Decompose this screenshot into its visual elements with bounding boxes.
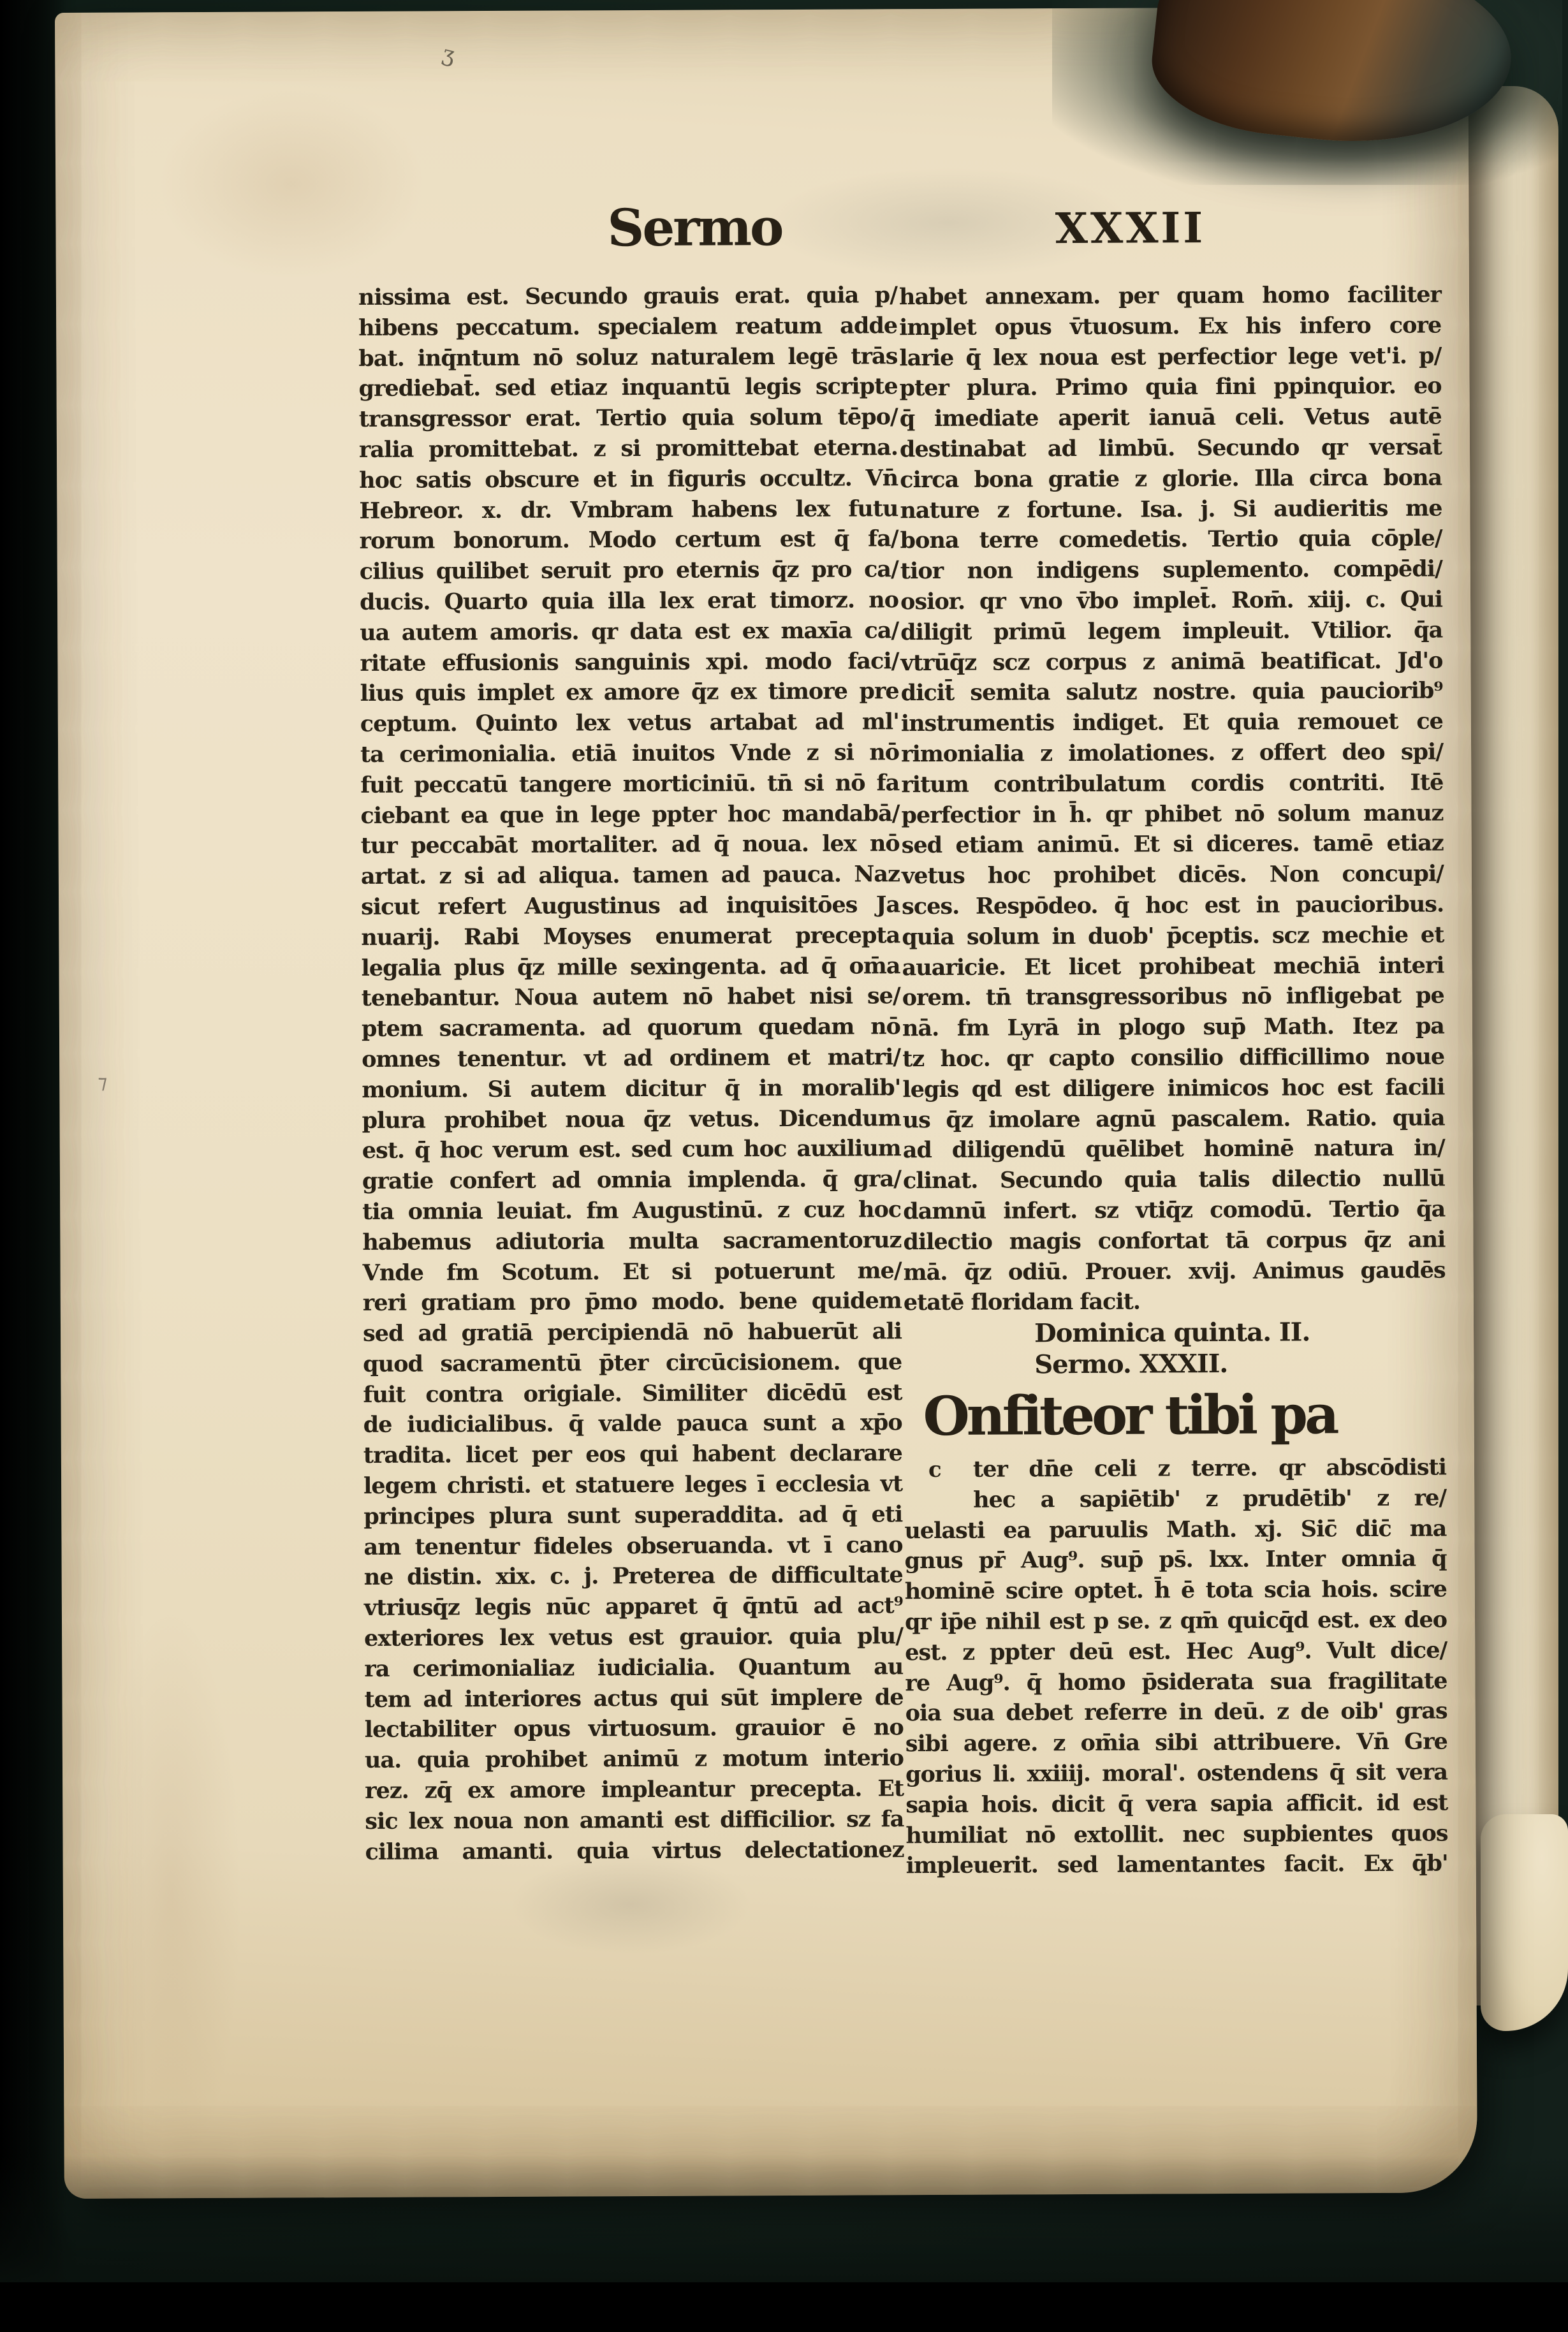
text-line: habet annexam. per quam homo faciliter xyxy=(899,280,1441,313)
text-line: est. z ppter deū est. Hec Aug⁹. Vult dic… xyxy=(905,1635,1447,1668)
text-line: etatē floridam facit. xyxy=(904,1286,1446,1319)
text-line: Vnde fm Scotum. Et si potuerunt me/ xyxy=(363,1256,902,1288)
text-line: am tenentur fideles obseruanda. vt ī can… xyxy=(363,1530,902,1562)
text-line: ciebant ea que in lege ppter hoc mandabā… xyxy=(360,798,899,831)
text-line: rez. zq̄ ex amore impleantur precepta. E… xyxy=(365,1773,904,1806)
text-line: ua autem amoris. qr data est ex maxīa ca… xyxy=(360,615,898,648)
text-line: tia omnia leuiat. fm Augustinū. z cuz ho… xyxy=(362,1194,901,1227)
rubric-line: Sermo. XXXII. xyxy=(1034,1347,1446,1381)
text-line: gnus pr̄ Aug⁹. sup̄ ps̄. lxx. Inter omni… xyxy=(905,1544,1447,1577)
text-line: lectabiliter opus virtuosum. grauior ē n… xyxy=(365,1713,904,1745)
text-line: quod sacramentū p̄ter circūcisionem. que xyxy=(363,1347,902,1379)
text-line: diligit primū legem impleuit. Vtilior. q… xyxy=(900,615,1442,648)
next-page-corner xyxy=(1481,1814,1568,2031)
text-line: gorius li. xxiiij. moral'. ostendens q̄ … xyxy=(905,1757,1447,1791)
text-line: legem christi. et statuere leges ī eccle… xyxy=(363,1469,902,1501)
text-line: quia solum in duob' p̄ceptis. scz mechie… xyxy=(902,920,1444,953)
text-line: fuit contra origiale. Similiter dicēdū e… xyxy=(363,1377,902,1410)
text-line: lius quis implet ex amore q̄z ex timore … xyxy=(360,677,899,709)
text-line: circa bona gratie z glorie. Illa circa b… xyxy=(900,462,1442,495)
right-column-lower-text: c ter dn̄e celi z terre. qr abscōdistihe… xyxy=(904,1453,1448,1882)
text-line: sed ad gratiā percipiendā nō habuerūt al… xyxy=(363,1316,902,1349)
text-line: ducis. Quarto quia illa lex erat timorz.… xyxy=(360,585,898,617)
text-line: omnes tenentur. vt ad ordinem et matri/ xyxy=(362,1042,900,1074)
text-line: ptem sacramenta. ad quorum quedam nō xyxy=(362,1011,900,1044)
text-line: nissima est. Secundo grauis erat. quia p… xyxy=(358,280,897,312)
text-line: sces. Respōdeo. q̄ hoc est in paucioribu… xyxy=(902,889,1444,922)
text-line: cilius quilibet seruit pro eternis q̄z p… xyxy=(360,554,898,587)
text-line: perfectior in h̄. qr phibet nō solum man… xyxy=(901,798,1443,831)
text-line: q̄ imediate aperit ianuā celi. Vetus aut… xyxy=(900,402,1442,435)
text-line: ceptum. Quinto lex vetus artabat ad ml' xyxy=(360,707,899,739)
text-line: qr ip̄e nihil est p se. z qm̄ quicq̄d es… xyxy=(905,1605,1447,1638)
marginalia-mark: ʒ xyxy=(440,41,458,68)
text-line: tur peccabāt mortaliter. ad q̄ noua. lex… xyxy=(361,829,900,862)
book-scan-scene: ʒ ⁊ Sermo XXXII nissima est. Secundo gra… xyxy=(0,0,1568,2332)
text-line: hoc satis obscure et in figuris occultz.… xyxy=(359,463,898,495)
text-line: ritum contribulatum cordis contriti. Itē xyxy=(901,767,1443,800)
text-line: fuit peccatū tangere morticiniū. tn̄ si … xyxy=(360,768,899,800)
text-line: destinabat ad limbū. Secundo qr versat̄ xyxy=(900,432,1442,466)
running-header-number: XXXII xyxy=(1037,203,1222,253)
text-line: exteriores lex vetus est grauior. quia p… xyxy=(364,1621,903,1654)
text-line: sapia hois. dicit q̄ vera sapia afficit.… xyxy=(905,1787,1447,1821)
paper-stain xyxy=(100,1606,243,2181)
text-line: ra cerimonialiaz iudicialia. Quantum au xyxy=(364,1652,903,1684)
text-line: dicit̄ semita salutz nostre. quia paucio… xyxy=(901,676,1443,709)
text-line: tradita. licet per eos qui habent declar… xyxy=(363,1439,902,1471)
text-line: nature z fortune. Isa. j. Si audieritis … xyxy=(900,493,1442,526)
text-line: ad diligendū quēlibet hominē natura in/ xyxy=(903,1133,1445,1166)
text-line: sibi agere. z om̄ia sibi attribuere. Vn̄… xyxy=(905,1727,1447,1760)
manuscript-page: ʒ ⁊ Sermo XXXII nissima est. Secundo gra… xyxy=(55,6,1477,2199)
text-line: damnū infert. sz vtiq̄z comodū. Tertio q… xyxy=(903,1194,1445,1227)
bottom-shadow xyxy=(0,2155,1568,2296)
text-line: uelasti ea paruulis Math. xj. Sic̄ dic̄ … xyxy=(904,1513,1446,1546)
text-line: ta cerimonialia. etiā inuitos Vnde z si … xyxy=(360,737,899,770)
text-line: de iudicialibus. q̄ valde pauca sunt a x… xyxy=(363,1408,902,1441)
text-line: principes plura sunt superaddita. ad q̄ … xyxy=(363,1499,902,1532)
text-line: tz hoc. qr capto consilio difficillimo n… xyxy=(902,1041,1444,1074)
text-line: humiliat nō extollit. nec supbientes quo… xyxy=(905,1818,1447,1851)
background-bottom-strip xyxy=(0,2282,1568,2332)
marginalia-mark: ⁊ xyxy=(98,1071,107,1094)
text-line: us q̄z imolare agnū pascalem. Ratio. qui… xyxy=(902,1103,1444,1136)
text-line: ralia promittebat. z si promittebat eter… xyxy=(359,432,898,465)
text-line: nā. fm Lyrā in plogo sup̄ Math. Itez pa xyxy=(902,1011,1444,1045)
text-line: tenebantur. Noua autem nō habet nisi se/ xyxy=(362,981,900,1014)
text-line: est. q̄ hoc verum est. sed cum hoc auxil… xyxy=(362,1134,901,1166)
text-line: bat. inq̄ntum nō soluz naturalem legē tr… xyxy=(358,341,897,374)
text-line: dilectio magis confortat tā corpus q̄z a… xyxy=(903,1224,1445,1258)
text-line: legalia plus q̄z mille sexingenta. ad q̄… xyxy=(361,951,900,983)
text-line: tem ad interiores actus qui sūt implere … xyxy=(364,1682,903,1715)
text-line: pter plura. Primo quia fini ppinquior. e… xyxy=(899,371,1441,404)
text-line: plura prohibet noua q̄z vetus. Dicendum xyxy=(362,1103,900,1136)
text-line: tior non indigens suplemento. compēdi/ xyxy=(900,554,1442,587)
sermon-incipit: Onfiteor tibi pa xyxy=(904,1379,1446,1455)
text-line: bona terre comedetis. Tertio quia cōple/ xyxy=(900,524,1442,557)
text-line: monium. Si autem dicitur q̄ in moralib' xyxy=(362,1073,900,1105)
text-line: ua. quia prohibet animū z motum interio xyxy=(365,1743,904,1775)
text-line: clinat. Secundo quia talis dilectio null… xyxy=(903,1164,1445,1197)
text-line: instrumentis indiget. Et quia remouet ce xyxy=(901,707,1443,740)
sermon-rubric: Dominica quinta. II.Sermo. XXXII. xyxy=(904,1316,1446,1381)
text-line: auaricie. Et licet prohibeat mechiā inte… xyxy=(902,950,1444,983)
text-line: mā. q̄z odiū. Prouer. xvij. Animus gaudē… xyxy=(904,1255,1446,1288)
text-line: vetus hoc prohibet dicēs. Non concupi/ xyxy=(902,859,1444,892)
text-line: Hebreor. x. dr. Vmbram habens lex futu xyxy=(359,494,898,526)
paper-stain xyxy=(509,1852,752,1956)
text-line: hec a sapiētib' z prudētib' z re/ xyxy=(904,1483,1446,1516)
text-line: sicut refert Augustinus ad inquisitōes J… xyxy=(361,890,900,922)
text-line: cilima amanti. quia virtus delectationez xyxy=(365,1835,904,1867)
text-line: rimonialia z imolationes. z offert deo s… xyxy=(901,737,1443,770)
right-column-upper-text: habet annexam. per quam homo faciliterim… xyxy=(899,280,1446,1319)
text-line: grediebat̄. sed etiaz inquantū legis scr… xyxy=(358,372,897,404)
text-line: vtrūq̄z scz corpus z animā beatificat. J… xyxy=(900,645,1442,678)
text-line: nuarij. Rabi Moyses enumerat precepta xyxy=(361,920,900,953)
text-line: gratie confert ad omnia implenda. q̄ gra… xyxy=(362,1164,901,1196)
text-line: implet opus v̄tuosum. Ex his infero core xyxy=(899,310,1441,343)
text-line: hibens peccatum. specialem reatum adde xyxy=(358,311,897,343)
text-line: ter dn̄e celi z terre. qr abscōdisti xyxy=(904,1453,1446,1486)
fore-edge-pages xyxy=(1465,86,1558,2006)
text-line: ritate effusionis sanguinis xpi. modo fa… xyxy=(360,646,898,678)
text-line: sic lex noua non amanti est difficilior.… xyxy=(365,1804,904,1837)
text-line: sed etiam animū. Et si diceres. tamē eti… xyxy=(902,828,1444,862)
text-line: artat. z si ad aliqua. tamen ad pauca. N… xyxy=(361,859,900,891)
right-text-column: habet annexam. per quam homo faciliterim… xyxy=(899,280,1448,1882)
lower-text-lines: ter dn̄e celi z terre. qr abscōdistihec … xyxy=(904,1453,1448,1882)
text-line: legis qd est diligere inimicos hoc est f… xyxy=(902,1072,1444,1105)
text-line: habemus adiutoria multa sacramentoruz xyxy=(362,1225,901,1258)
left-text-column: nissima est. Secundo grauis erat. quia p… xyxy=(358,280,904,1867)
paper-stain xyxy=(158,87,426,280)
text-line: transgressor erat. Tertio quia solum tēp… xyxy=(359,402,898,434)
text-line: re Aug⁹. q̄ homo p̄siderata sua fragilit… xyxy=(905,1666,1447,1699)
initial-guide-letter: c xyxy=(928,1457,942,1483)
text-line: ne distin. xix. c. j. Preterea de diffic… xyxy=(364,1560,903,1593)
text-line: osior. qr vno v̄bo implet̄. Rom̄. xiij. … xyxy=(900,584,1442,617)
text-line: vtriusq̄z legis nūc apparet q̄ q̄ntū ad … xyxy=(364,1590,903,1623)
text-line: larie q̄ lex noua est perfectior lege ve… xyxy=(899,341,1441,374)
rubric-line: Dominica quinta. II. xyxy=(1034,1316,1446,1349)
text-line: orem. tn̄ transgressoribus nō infligebat… xyxy=(902,981,1444,1014)
text-line: oia sua debet referre in deū. z de oib' … xyxy=(905,1696,1447,1729)
running-header-title: Sermo xyxy=(599,197,790,258)
text-line: rorum bonorum. Modo certum est q̄ fa/ xyxy=(360,524,898,557)
text-line: reri gratiam pro p̄mo modo. bene quidem xyxy=(363,1286,902,1319)
text-line: impleuerit. sed lamentantes facit. Ex q̄… xyxy=(906,1849,1448,1882)
text-line: hominē scire optet. h̄ ē tota scia hois.… xyxy=(905,1574,1447,1608)
